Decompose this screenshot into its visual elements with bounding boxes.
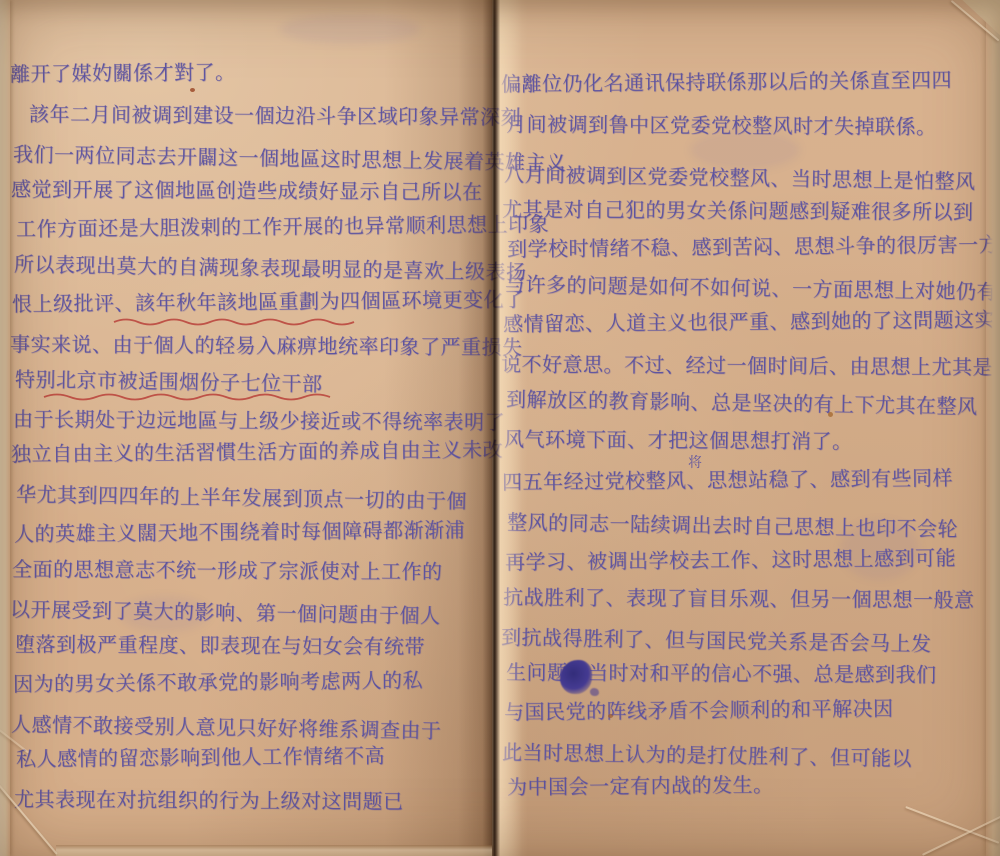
- handwritten-line: 以开展受到了莫大的影响、第一個问题由于個人: [10, 599, 441, 626]
- right-page-edge: [986, 0, 1000, 856]
- stain-speck: [190, 88, 195, 92]
- handwritten-line: 月间被调到鲁中区党委党校整风时才失掉联係。: [506, 114, 937, 137]
- handwritten-line: 到抗战得胜利了、但与国民党关系是否会马上发: [501, 627, 932, 654]
- handwritten-line: 抗战胜利了、表现了盲目乐观、但另一個思想一般意: [503, 587, 975, 610]
- handwritten-line: 恨上级批评、該年秋年該地區重劃为四個區环境更变化了: [12, 289, 525, 314]
- notebook-spread-photo: 離开了媒妁關係才對了。該年二月间被调到建设一個边沿斗争区域印象异常深刻我们一两位…: [0, 0, 1000, 856]
- handwritten-line: 人的英雄主义闊天地不围绕着时每個障碍都渐渐浦: [14, 520, 465, 544]
- handwritten-line: 华尤其到四四年的上半年发展到顶点一切的由于個: [16, 484, 467, 511]
- handwritten-line: 此当时思想上认为的是打仗胜利了、但可能以: [502, 742, 912, 768]
- left-page-edge: [0, 0, 10, 856]
- handwritten-line: 整风的同志一陆续调出去时自己思想上也印不会轮: [507, 512, 958, 539]
- handwritten-line: 说不好意思。不过、经过一個时间后、由思想上尤其是受: [501, 354, 1000, 377]
- handwritten-line: 事实来说、由于個人的轻易入麻痹地统率印象了严重损失: [10, 334, 523, 357]
- stain-speck: [608, 714, 613, 718]
- handwritten-line: 離开了媒妁關係才對了。: [10, 62, 236, 84]
- handwritten-line: 工作方面还是大胆泼剌的工作开展的也异常顺利思想上印象: [16, 214, 549, 239]
- handwritten-line: 特别北京市被适围烟份子七位干部: [15, 369, 323, 394]
- handwritten-line: 独立自由主义的生活習慣生活方面的养成自由主义未改: [11, 439, 503, 464]
- handwritten-line: 偏離位仍化名通讯保持联係那以后的关係直至四四: [501, 70, 952, 94]
- ink-blot-satellite: [590, 688, 599, 696]
- handwritten-line: 全面的思想意志不统一形成了宗派使对上工作的: [12, 559, 443, 582]
- stain-speck: [828, 412, 833, 417]
- handwritten-line: 风气环境下面、才把这個思想打消了。: [504, 429, 853, 451]
- handwritten-line: 人感情不敢接受别人意见只好好将维系调查由于: [11, 714, 442, 741]
- inserted-correction-char: 将: [688, 452, 702, 472]
- handwritten-line: 私人感情的留恋影响到他人工作情绪不高: [16, 745, 385, 769]
- handwritten-line: 感觉到开展了这個地區创造些成绩好显示自己所以在: [11, 179, 483, 202]
- handwritten-line: 因为的男女关係不敢承党的影响考虑两人的私: [13, 670, 423, 694]
- handwritten-line: 堕落到极严重程度、即表现在与妇女会有统带: [15, 634, 425, 657]
- handwritten-line: 尤其是对自己犯的男女关係问题感到疑难很多所以到: [502, 199, 974, 222]
- handwritten-line: 再学习、被调出学校去工作、这时思想上感到可能: [505, 548, 956, 572]
- handwritten-line: 到学校时情绪不稳、感到苦闷、思想斗争的很厉害一方面: [507, 234, 1000, 259]
- handwritten-line: 該年二月间被调到建设一個边沿斗争区域印象异常深刻: [29, 104, 521, 127]
- ink-blot: [560, 660, 592, 694]
- handwritten-line: 由于长期处于边远地區与上级少接近或不得统率表明了: [13, 409, 505, 432]
- handwritten-line: 四五年经过党校整风、思想站稳了、感到有些同样: [502, 468, 953, 492]
- ink-showthrough-smudge: [280, 14, 420, 44]
- handwritten-line: 与国民党的阵线矛盾不会顺利的和平解决因: [504, 698, 894, 722]
- handwritten-line: 感情留恋、人道主义也很严重、感到她的了这問题这实: [503, 309, 995, 334]
- bottom-underpage-edge: [56, 845, 492, 856]
- handwritten-line: 为中国会一定有内战的发生。: [507, 774, 774, 797]
- handwritten-line: 尤其表现在对抗组织的行为上级对这問题已: [14, 789, 404, 811]
